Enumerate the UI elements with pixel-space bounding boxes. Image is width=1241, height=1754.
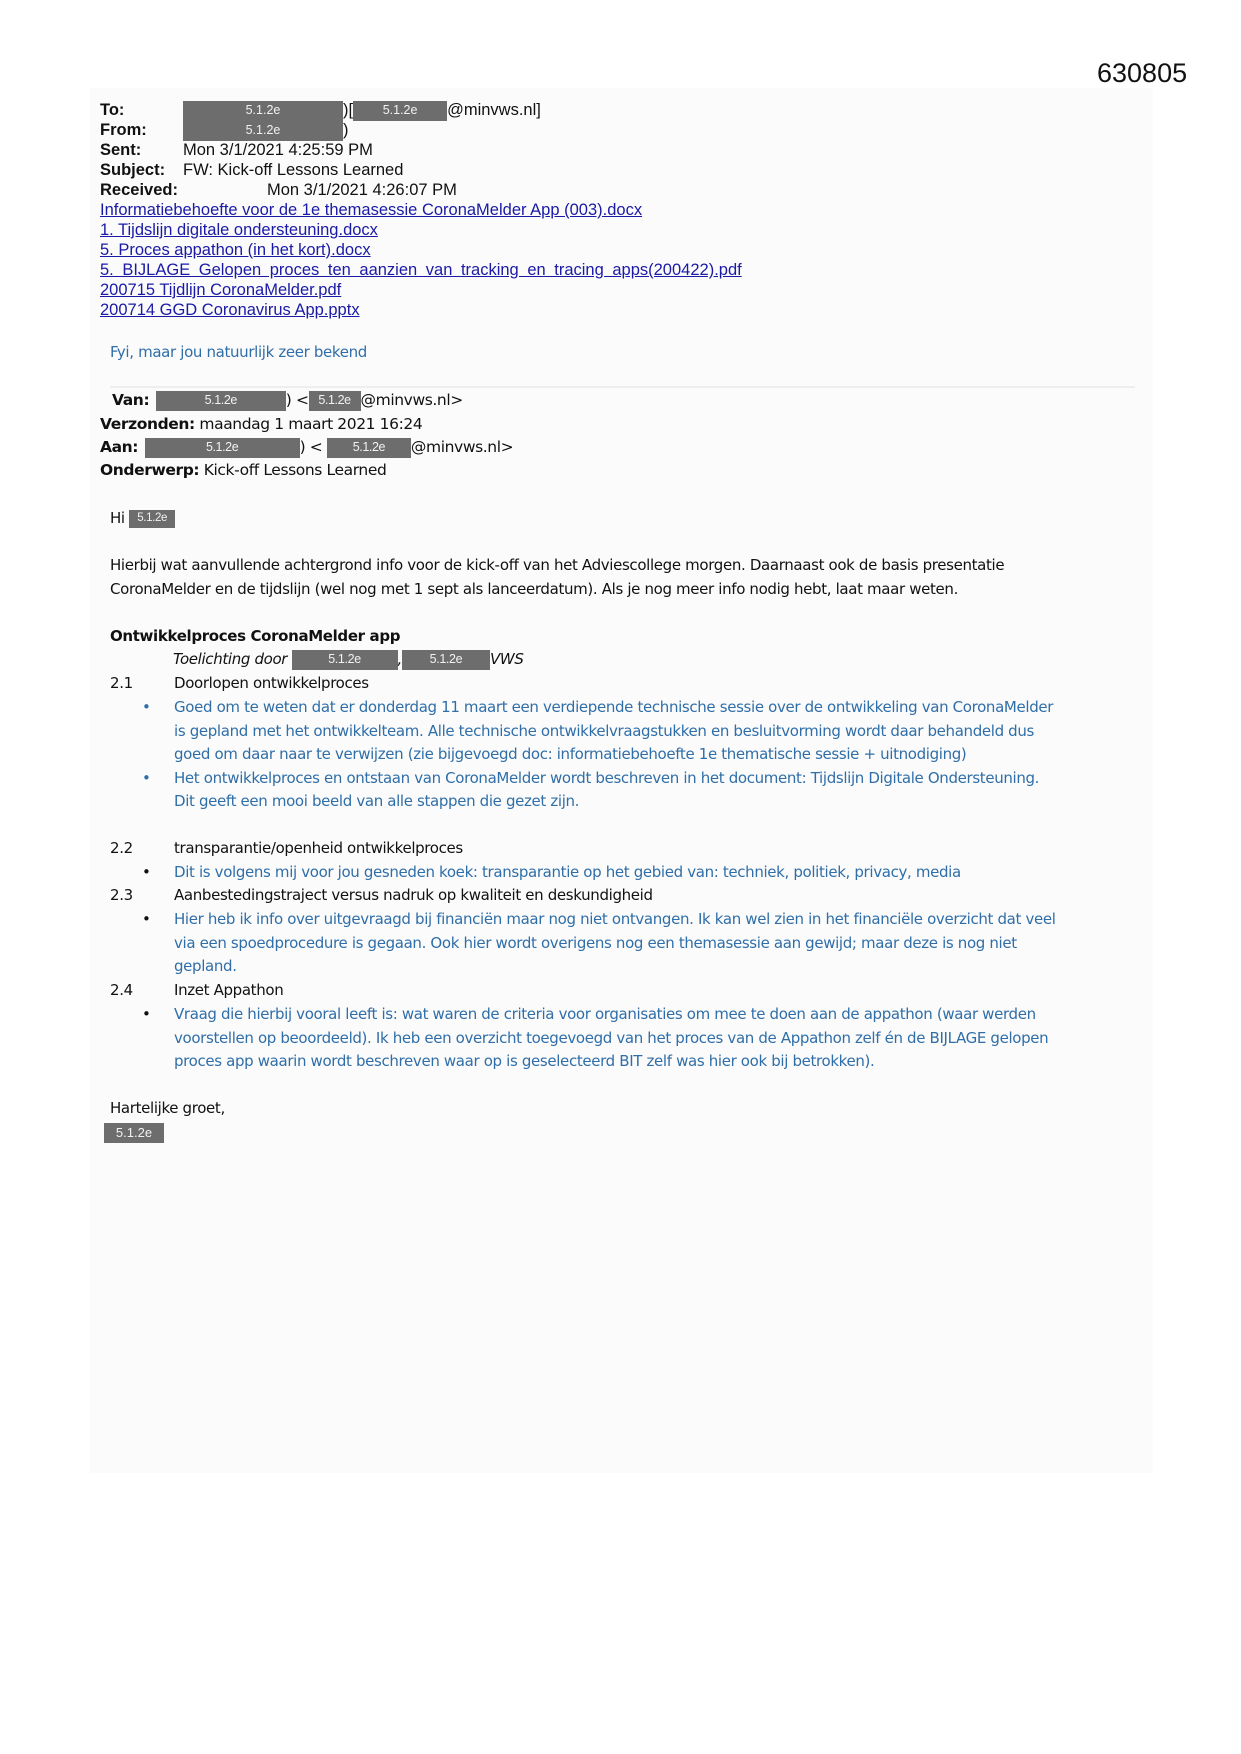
bullet-line: via een spoedprocedure is gegaan. Ook hi… [174, 932, 1017, 956]
document-number: 630805 [1097, 58, 1187, 89]
from-row: From:5.1.2e) [100, 120, 349, 141]
item-heading: 2.3Aanbestedingstraject versus nadruk op… [110, 884, 653, 908]
bullet-line: Dit geeft een mooi beeld van alle stappe… [174, 790, 579, 814]
aan-domain: @minvws.nl> [411, 438, 513, 456]
bullet-line: Het ontwikkelproces en ontstaan van Coro… [174, 767, 1039, 791]
intro-line: CoronaMelder en de tijdslijn (wel nog me… [110, 578, 958, 602]
attachment-link[interactable]: 200715 Tijdlijn CoronaMelder.pdf [100, 280, 341, 300]
received-value: Mon 3/1/2021 4:26:07 PM [267, 181, 457, 199]
section-title: Ontwikkelproces CoronaMelder app [110, 625, 400, 649]
toelichting-row: Toelichting door 5.1.2e,5.1.2eVWS [173, 648, 524, 672]
attachment-link[interactable]: Informatiebehoefte voor de 1e themasessi… [100, 200, 642, 220]
bullet-line: goed om daar naar te verwijzen (zie bijg… [174, 743, 966, 767]
onderwerp-value: Kick-off Lessons Learned [204, 461, 387, 479]
bullet-line: proces app waarin wordt beschreven waar … [174, 1050, 874, 1074]
item-title: Aanbestedingstraject versus nadruk op kw… [174, 886, 653, 904]
bullet-line: is gepland met het ontwikkelteam. Alle t… [174, 720, 1034, 744]
to-separator: )[ [343, 101, 353, 119]
item-number: 2.2 [110, 837, 174, 861]
onderwerp-label: Onderwerp: [100, 461, 199, 479]
van-domain: @minvws.nl> [361, 391, 463, 409]
attachment-link[interactable]: 5. BIJLAGE Gelopen proces ten aanzien va… [100, 260, 742, 280]
bullet-icon: • [142, 1003, 151, 1027]
bullet-line: voorstellen op beoordeeld). Ik heb een o… [174, 1027, 1048, 1051]
aan-label: Aan: [100, 438, 138, 456]
to-domain: @minvws.nl] [447, 101, 541, 119]
redaction: 5.1.2e [183, 121, 343, 141]
bullet-line: Vraag die hierbij vooral leeft is: wat w… [174, 1003, 1036, 1027]
item-heading: 2.4Inzet Appathon [110, 979, 283, 1003]
verzonden-row: Verzonden: maandag 1 maart 2021 16:24 [100, 414, 422, 434]
item-title: Doorlopen ontwikkelproces [174, 674, 369, 692]
bullet-icon: • [142, 861, 151, 885]
to-row: To:5.1.2e)[5.1.2e@minvws.nl] [100, 100, 541, 121]
bullet-line: Goed om te weten dat er donderdag 11 maa… [174, 696, 1053, 720]
bullet-icon: • [142, 908, 151, 932]
verzonden-label: Verzonden: [100, 415, 195, 433]
bullet-line: gepland. [174, 955, 237, 979]
redaction: 5.1.2e [309, 391, 361, 411]
bullet-icon: • [142, 696, 151, 720]
attachment-link[interactable]: 1. Tijdslijn digitale ondersteuning.docx [100, 220, 378, 240]
item-heading: 2.2transparantie/openheid ontwikkelproce… [110, 837, 463, 861]
item-title: transparantie/openheid ontwikkelproces [174, 839, 463, 857]
aan-row: Aan: 5.1.2e) < 5.1.2e@minvws.nl> [100, 437, 513, 458]
sent-value: Mon 3/1/2021 4:25:59 PM [183, 141, 373, 159]
van-label: Van: [112, 391, 149, 409]
item-number: 2.1 [110, 672, 174, 696]
sent-label: Sent: [100, 140, 183, 160]
attachment-link[interactable]: 200714 GGD Coronavirus App.pptx [100, 300, 360, 320]
bullet-icon: • [142, 767, 151, 791]
attachment-link[interactable]: 5. Proces appathon (in het kort).docx [100, 240, 371, 260]
toelichting-suffix: VWS [490, 650, 524, 668]
redaction: 5.1.2e [183, 101, 343, 121]
from-suffix: ) [343, 121, 349, 139]
received-row: Received:Mon 3/1/2021 4:26:07 PM [100, 180, 457, 200]
greeting: Hi 5.1.2e [110, 507, 175, 531]
fyi-note: Fyi, maar jou natuurlijk zeer bekend [110, 341, 367, 365]
subject-row: Subject:FW: Kick-off Lessons Learned [100, 160, 403, 180]
verzonden-value: maandag 1 maart 2021 16:24 [199, 415, 422, 433]
onderwerp-row: Onderwerp: Kick-off Lessons Learned [100, 460, 386, 480]
intro-line: Hierbij wat aanvullende achtergrond info… [110, 554, 1004, 578]
item-title: Inzet Appathon [174, 981, 283, 999]
redaction: 5.1.2e [292, 650, 398, 670]
greeting-text: Hi [110, 509, 125, 527]
redaction: 5.1.2e [353, 101, 447, 121]
divider [110, 386, 1135, 388]
item-heading: 2.1Doorlopen ontwikkelproces [110, 672, 369, 696]
sent-row: Sent:Mon 3/1/2021 4:25:59 PM [100, 140, 373, 160]
received-label: Received: [100, 180, 267, 200]
bullet-line: Dit is volgens mij voor jou gesneden koe… [174, 861, 961, 885]
aan-separator: ) < [300, 438, 323, 456]
redaction: 5.1.2e [145, 438, 300, 458]
subject-label: Subject: [100, 160, 183, 180]
item-number: 2.3 [110, 884, 174, 908]
closing: Hartelijke groet, [110, 1097, 225, 1121]
redaction: 5.1.2e [156, 391, 286, 411]
to-label: To: [100, 100, 183, 120]
van-separator: ) < [286, 391, 309, 409]
bullet-line: Hier heb ik info over uitgevraagd bij fi… [174, 908, 1056, 932]
van-row: Van: 5.1.2e) <5.1.2e@minvws.nl> [112, 390, 463, 411]
subject-value: FW: Kick-off Lessons Learned [183, 161, 403, 179]
item-number: 2.4 [110, 979, 174, 1003]
signature: 5.1.2e [104, 1123, 164, 1143]
toelichting-prefix: Toelichting door [173, 650, 287, 668]
from-label: From: [100, 120, 183, 140]
redaction: 5.1.2e [104, 1123, 164, 1143]
redaction: 5.1.2e [402, 650, 490, 670]
redaction: 5.1.2e [129, 510, 175, 528]
redaction: 5.1.2e [327, 438, 411, 458]
